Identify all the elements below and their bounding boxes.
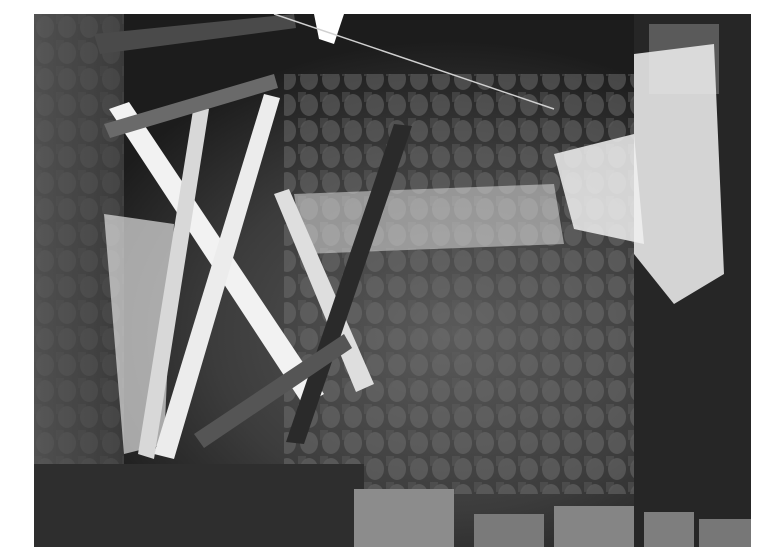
stone-block [554, 506, 634, 547]
stone-block [699, 519, 751, 547]
photo-scene [34, 14, 751, 547]
stone-block [474, 514, 544, 547]
stone-block [354, 489, 454, 547]
photograph [34, 14, 751, 547]
stone-block [644, 512, 694, 547]
